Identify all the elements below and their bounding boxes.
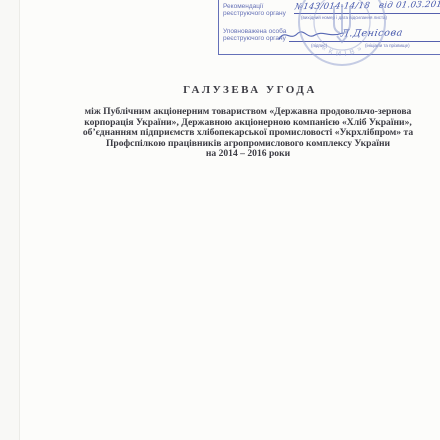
registration-approval-box: Рекомендації реєструючого органу №143/01… bbox=[218, 0, 440, 55]
outgoing-number-caption: (вихідний номер і дата відсилання листа) bbox=[301, 15, 387, 20]
recommendations-label-line1: Рекомендації bbox=[223, 3, 286, 10]
signatory-name-handwriting: Л.Денісова bbox=[340, 27, 404, 39]
scan-edge-artifact bbox=[0, 0, 20, 440]
document-body: між Публічним акціонерним товариством «Д… bbox=[58, 107, 438, 160]
recommendations-label-line2: реєструючого органу bbox=[223, 10, 286, 17]
body-line: між Публічним акціонерним товариством «Д… bbox=[58, 107, 438, 118]
signature-stroke bbox=[277, 26, 347, 44]
scanned-document-page: Рекомендації реєструючого органу №143/01… bbox=[0, 0, 440, 440]
outgoing-number-handwriting: №143/014-14/18 від 01.03.2014 bbox=[294, 0, 440, 12]
name-caption: (ініціали та прізвище) bbox=[365, 43, 410, 48]
recommendations-label: Рекомендації реєструючого органу bbox=[223, 3, 286, 17]
body-line: на 2014 – 2016 роки bbox=[58, 149, 438, 160]
fill-line bbox=[294, 13, 440, 14]
document-title: ГАЛУЗЕВА УГОДА bbox=[60, 84, 440, 96]
